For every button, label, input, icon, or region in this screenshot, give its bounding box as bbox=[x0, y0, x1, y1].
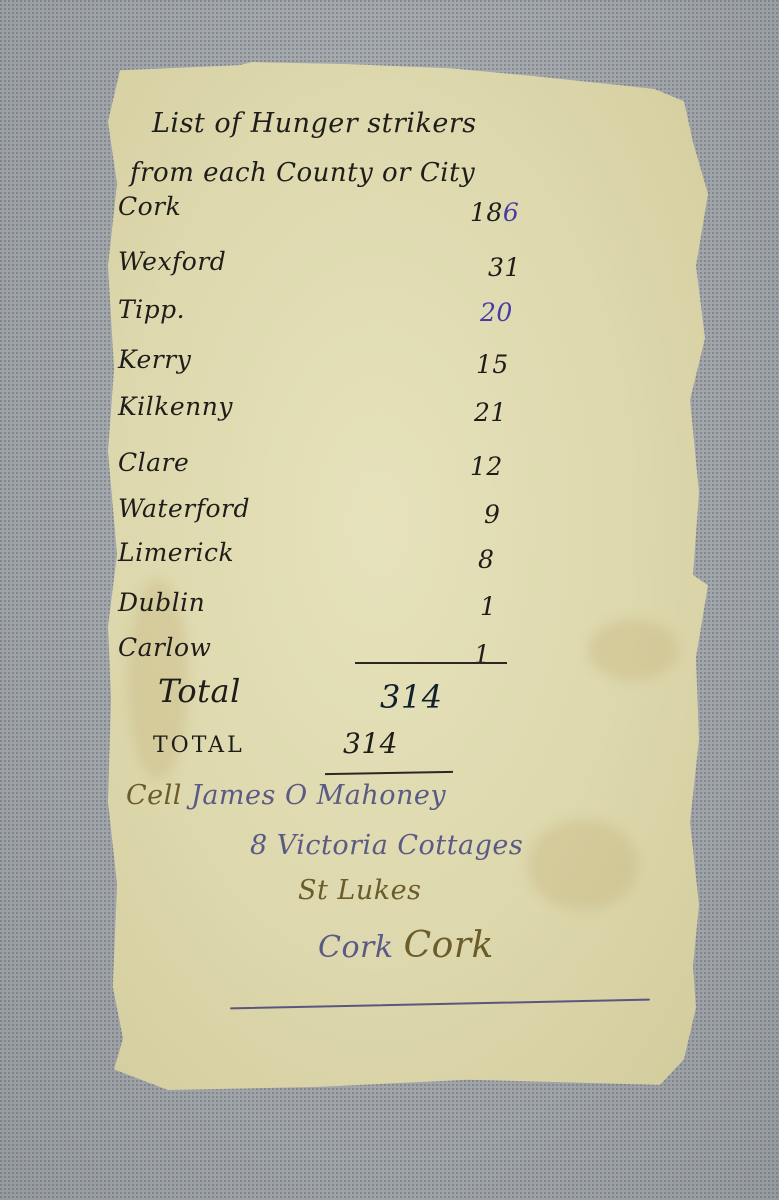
count-correction: 6 bbox=[503, 198, 519, 227]
document-subtitle: from each County or City bbox=[130, 158, 475, 188]
document-title: List of Hunger strikers bbox=[152, 108, 477, 139]
address-line-district: St Lukes bbox=[298, 875, 421, 906]
total-value: 314 bbox=[380, 678, 443, 716]
county-count: 15 bbox=[476, 350, 509, 379]
county-count: 1 bbox=[480, 592, 496, 621]
county-count: 1 bbox=[474, 640, 490, 669]
county-name: Limerick bbox=[118, 538, 234, 567]
county-count: 21 bbox=[474, 398, 507, 427]
paper-stain bbox=[588, 620, 678, 680]
county-name: Carlow bbox=[118, 633, 211, 662]
county-count: 31 bbox=[488, 253, 521, 282]
count-digits: 18 bbox=[470, 198, 503, 227]
county-name: Clare bbox=[118, 448, 189, 477]
address-line-city: Cork Cork bbox=[318, 925, 494, 966]
county-name: Kerry bbox=[118, 345, 191, 374]
county-name: Waterford bbox=[118, 494, 250, 523]
county-count: 9 bbox=[484, 500, 500, 529]
county-name: Dublin bbox=[118, 588, 205, 617]
county-count: 8 bbox=[478, 545, 494, 574]
county-count: 20 bbox=[480, 298, 513, 327]
county-name: Tipp. bbox=[118, 295, 185, 324]
county-name: Kilkenny bbox=[118, 392, 233, 421]
county-name: Wexford bbox=[118, 247, 226, 276]
county-name: Cork bbox=[118, 192, 181, 221]
total-repeat-value: 314 bbox=[343, 727, 398, 760]
address-line-name: Cell James O Mahoney bbox=[126, 780, 446, 811]
total-label: Total bbox=[158, 672, 241, 710]
total-repeat-label: TOTAL bbox=[153, 733, 245, 758]
sum-underline bbox=[355, 662, 507, 664]
paper-stain bbox=[528, 820, 638, 910]
county-count: 12 bbox=[470, 452, 503, 481]
address-line-street: 8 Victoria Cottages bbox=[250, 830, 523, 861]
county-count: 186 bbox=[470, 198, 519, 227]
